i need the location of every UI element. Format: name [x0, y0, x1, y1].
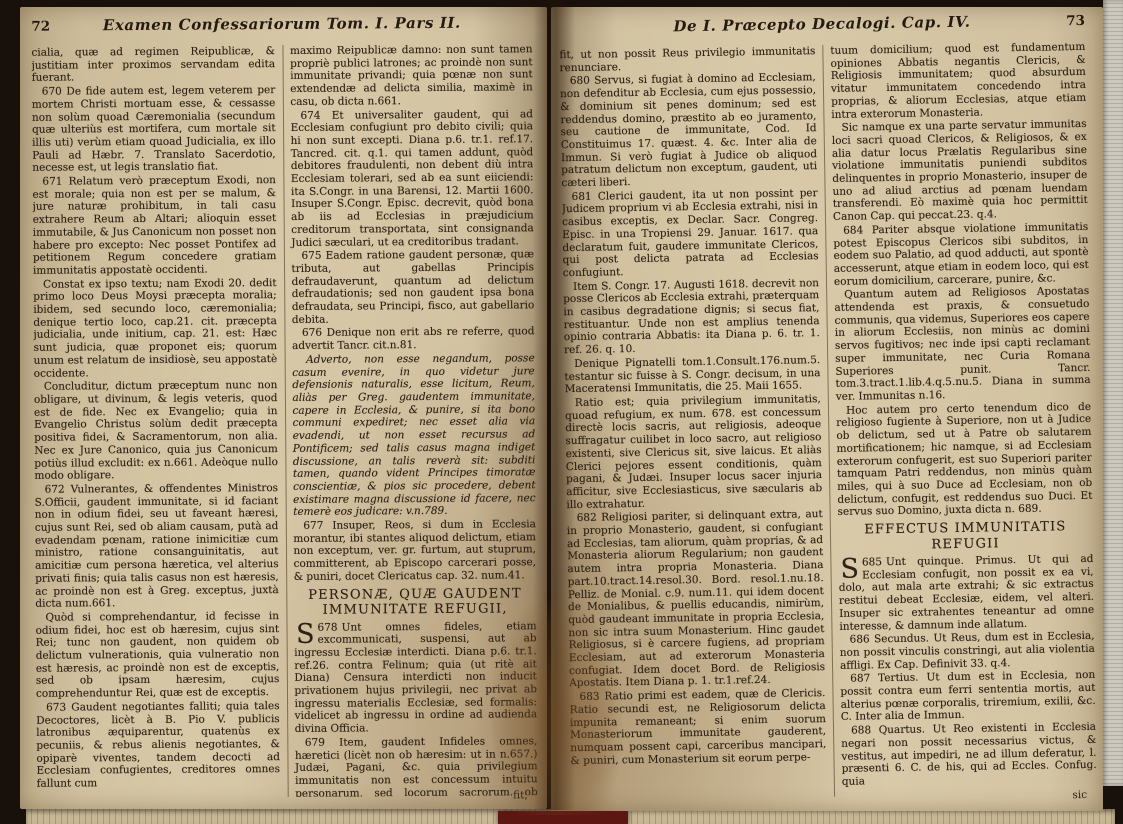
paragraph: 676 Denique non erit abs re referre, quo…: [292, 326, 535, 353]
right-page: De I. Præcepto Decalogi. Cap. IV. 73 fit…: [551, 7, 1103, 811]
left-page-content: 72 Examen Confessariorum Tom. I. Pars II…: [17, 5, 550, 811]
paragraph: 670 De fide autem est, legem veterem per…: [32, 84, 276, 175]
drop-cap-initial: S: [294, 621, 318, 645]
book-photo: 72 Examen Confessariorum Tom. I. Pars II…: [0, 0, 1123, 824]
left-page: 72 Examen Confessariorum Tom. I. Pars II…: [20, 7, 547, 809]
right-page-header: De I. Præcepto Decalogi. Cap. IV. 73: [559, 11, 1085, 45]
paragraph: Sic namque ex una parte servatur immunit…: [831, 118, 1088, 224]
paragraph: maximo Reipublicæ damno: non sunt tamen …: [290, 43, 533, 108]
paragraph: 674 Et universaliter gaudent, qui ad Ecc…: [290, 108, 533, 249]
paragraph: tuum domicilium; quod est fundamentum op…: [830, 41, 1086, 121]
paragraph: 682 Religiosi pariter, si delinquant ext…: [567, 508, 826, 690]
paragraph: Quantum autem ad Religiosos Apostatas at…: [834, 285, 1091, 403]
paragraph-number: 685: [862, 556, 882, 568]
paragraph: 678SUnt omnes fideles, etiam excommunica…: [294, 620, 537, 736]
paragraph: fit, ut non possit Reus privilegio immun…: [559, 45, 815, 74]
paragraph: 688 Quartus. Ut Reo existenti in Ecclesi…: [841, 721, 1097, 789]
paragraph: 687 Tertius. Ut dum est in Ecclesia, non…: [840, 669, 1096, 724]
paragraph: Ratio est; quia privilegium immunitatis,…: [565, 393, 823, 511]
paragraph: 684 Pariter absque violatione immunitati…: [833, 221, 1089, 289]
section-heading: PERSONÆ, QUÆ GAUDENT IMMUNITATE REFUGII,: [294, 586, 537, 619]
paragraph: 683 Ratio primi est eadem, quæ de Cleric…: [569, 687, 826, 767]
paragraph: Denique Pignatelli tom.1.Consult.176.num…: [564, 354, 821, 396]
right-page-column-2: tuum domicilium; quod est fundamentum op…: [822, 41, 1097, 797]
running-title-right: De I. Præcepto Decalogi. Cap. IV.: [605, 12, 1039, 37]
paragraph: 679 Item, gaudent Infideles omnes, hæret…: [295, 735, 538, 797]
right-page-column-1: fit, ut non possit Reus privilegio immun…: [559, 45, 834, 801]
paragraph: Quòd si comprehendantur, id fecisse in o…: [35, 610, 279, 701]
paragraph: 686 Secundus. Ut Reus, dum est in Eccles…: [840, 630, 1096, 672]
paragraph: 685SUnt quinque. Primus. Ut qui ad Eccle…: [838, 553, 1094, 633]
left-page-header: 72 Examen Confessariorum Tom. I. Pars II…: [31, 13, 532, 42]
paragraph: Item S. Congr. 17. Augusti 1618. decrevi…: [563, 277, 820, 357]
paragraph: Concluditur, dictum præceptum nunc non o…: [34, 379, 278, 482]
section-heading: EFFECTUS IMMUNITATIS REFUGII: [838, 519, 1093, 554]
paragraph: 672 Vulnerantes, & offendentes Ministros…: [35, 482, 279, 611]
paragraph: 675 Eadem ratione gaudent personæ, quæ t…: [291, 248, 534, 326]
paragraph: 680 Servus, si fugiat à domino ad Eccles…: [560, 72, 818, 190]
left-page-column-1: cialia, quæ ad regimen Reipublicæ, & jus…: [31, 45, 287, 799]
page-number-left: 72: [31, 18, 77, 34]
drop-cap-initial: S: [838, 556, 862, 580]
page-number-right: 73: [1039, 13, 1085, 30]
paragraph: 681 Clerici gaudent, ita ut non possint …: [562, 187, 819, 280]
header-spacer-right: [559, 32, 605, 33]
paragraph: Constat ex ipso textu; nam Exodi 20. ded…: [33, 277, 277, 380]
right-page-columns: fit, ut non possit Reus privilegio immun…: [559, 41, 1097, 801]
paragraph: 671 Relatum verò præceptum Exodi, non es…: [32, 174, 276, 277]
book-spread: 72 Examen Confessariorum Tom. I. Pars II…: [0, 0, 1123, 824]
left-page-columns: cialia, quæ ad regimen Reipublicæ, & jus…: [31, 43, 537, 798]
paragraph: 673 Gaudent negotiantes falliti; quia ta…: [36, 700, 280, 791]
right-page-content: De I. Præcepto Decalogi. Cap. IV. 73 fit…: [545, 3, 1110, 816]
running-title-left: Examen Confessariorum Tom. I. Pars II.: [77, 14, 486, 35]
paragraph: cialia, quæ ad regimen Reipublicæ, & jus…: [31, 45, 275, 85]
paragraph-number: 678: [317, 621, 337, 633]
left-page-column-2: maximo Reipublicæ damno: non sunt tamen …: [282, 43, 538, 797]
paragraph: Adverto, non esse negandum, posse casum …: [292, 352, 536, 519]
paragraph: 677 Insuper, Reos, si dum in Ecclesia mo…: [293, 518, 536, 583]
catchword-right: sic: [1072, 789, 1087, 801]
paragraph: Hoc autem pro certo tenendum dico de rel…: [836, 401, 1093, 519]
catchword-left: fit,: [513, 789, 528, 801]
